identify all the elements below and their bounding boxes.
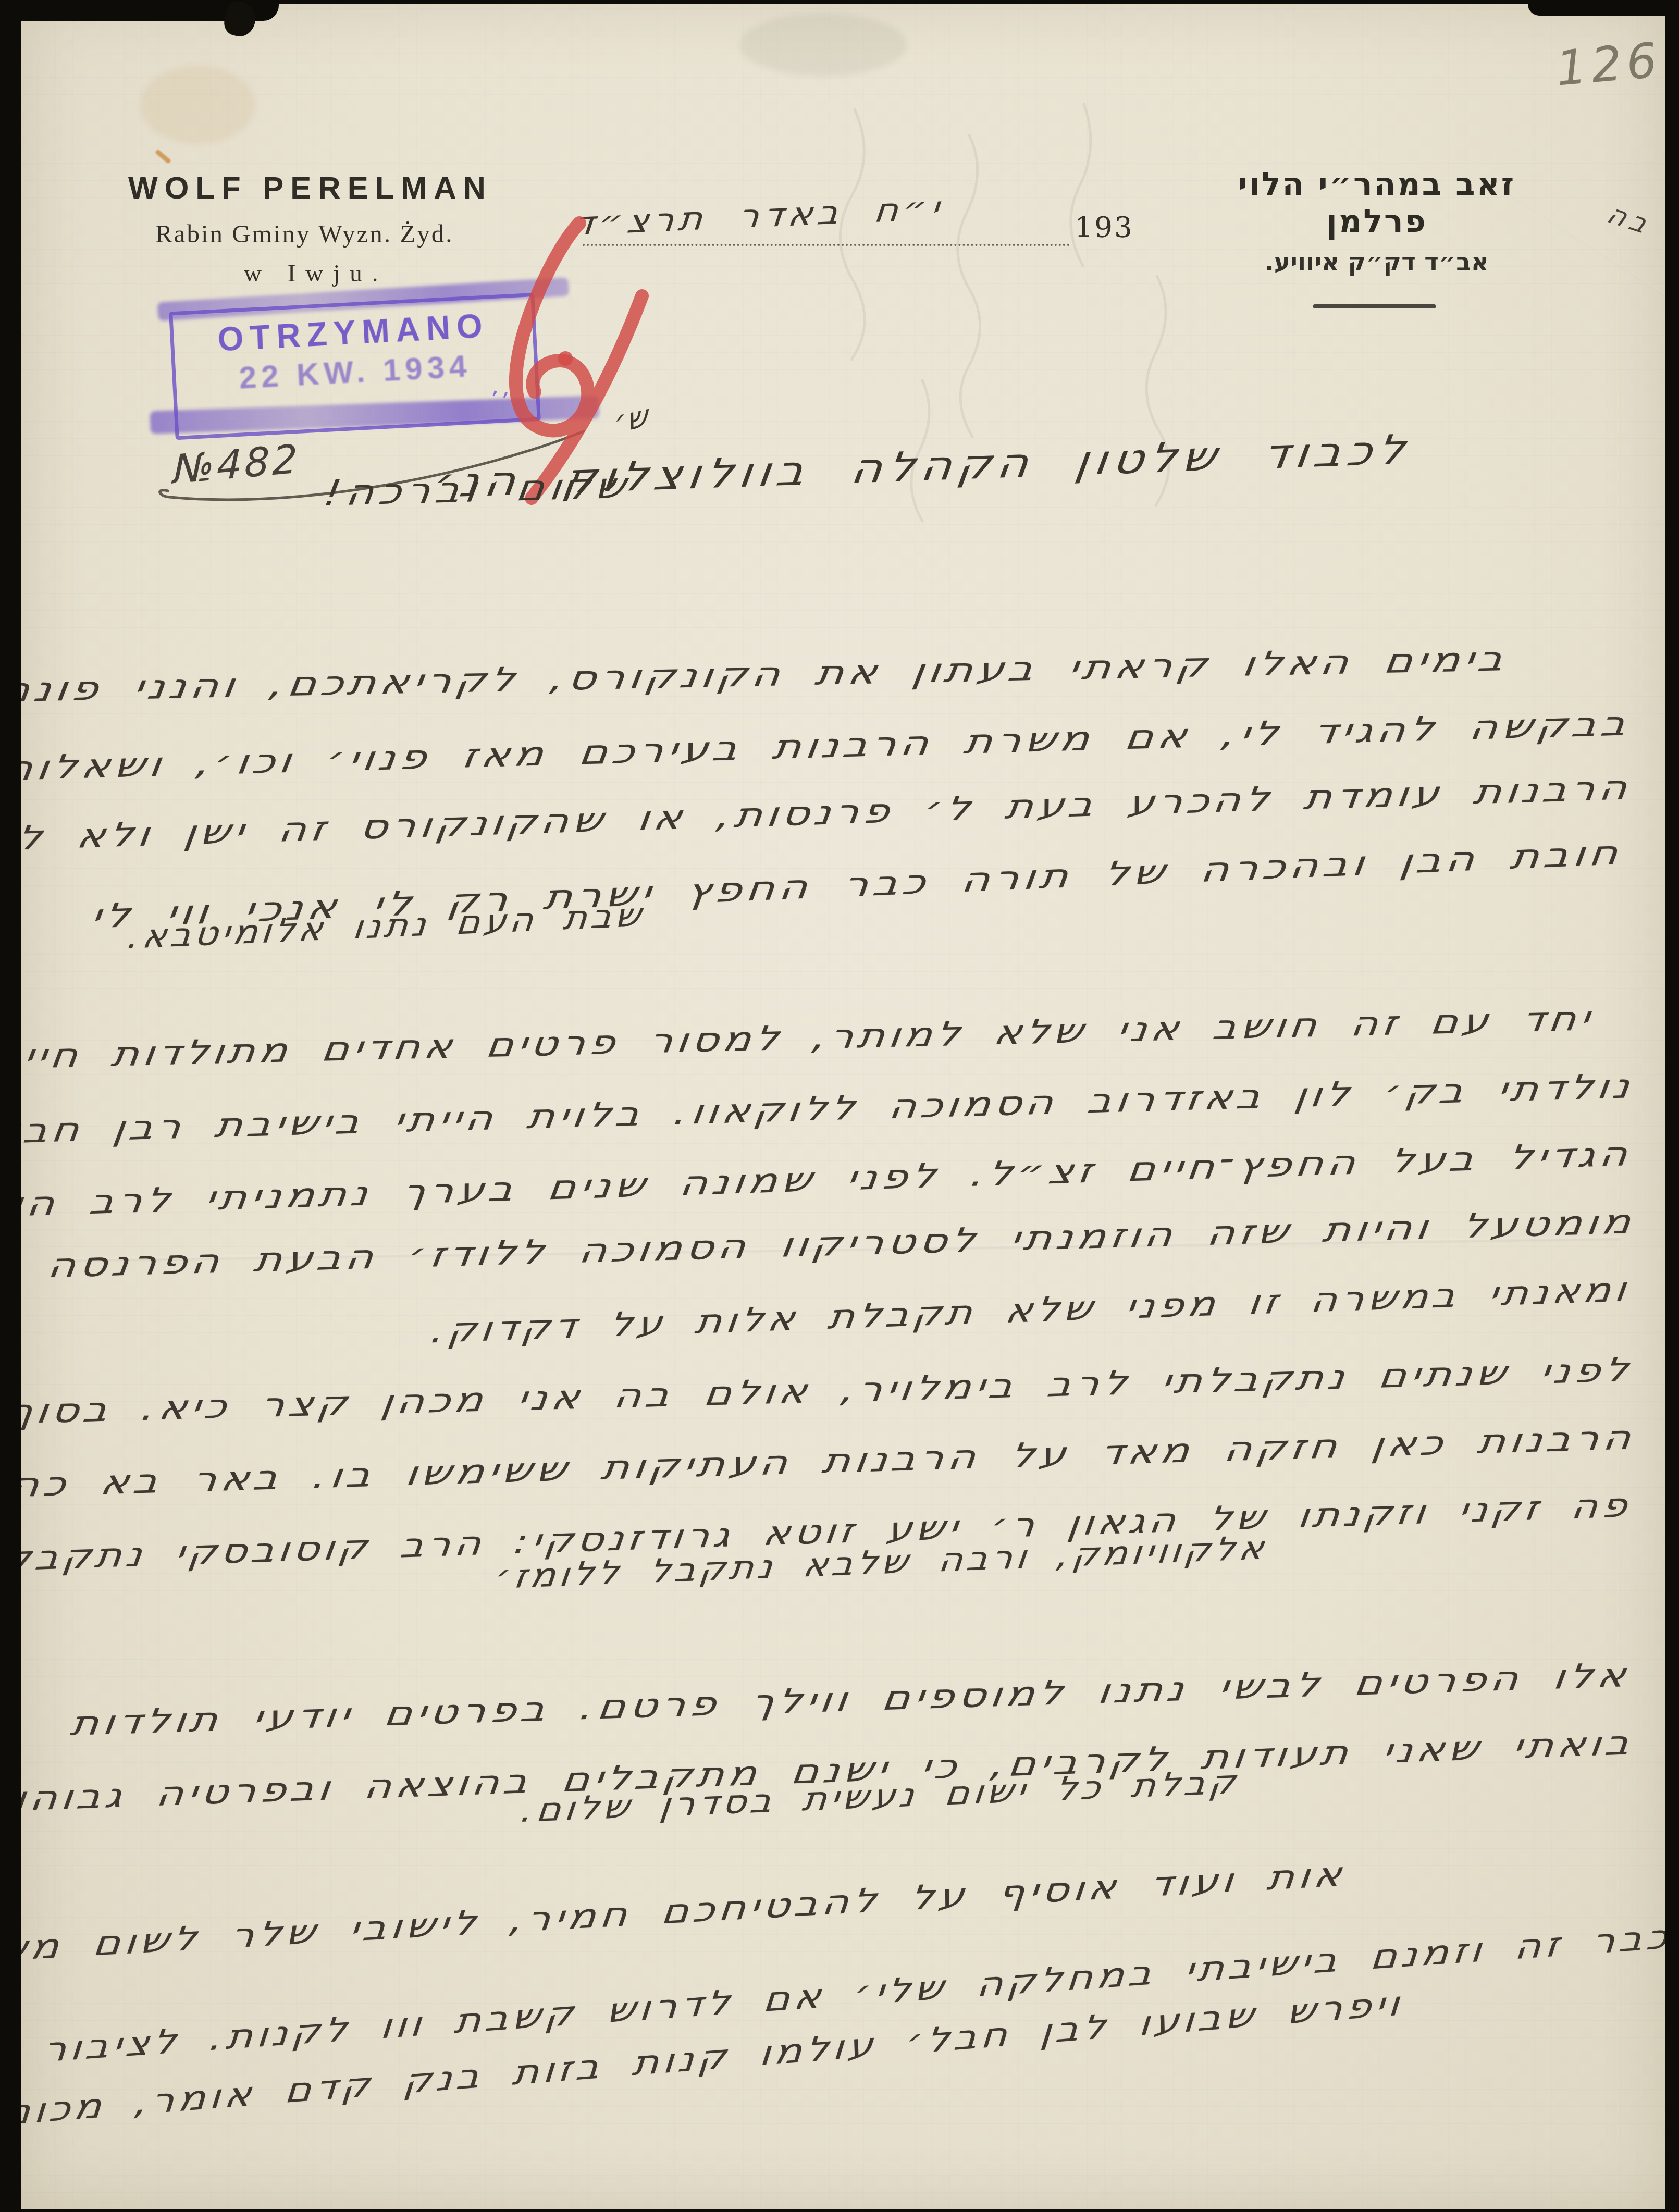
scan-edge-left xyxy=(0,0,21,2212)
paper-stain xyxy=(740,14,907,76)
scan-edge-top-right xyxy=(1528,0,1679,16)
bleedthrough-marks xyxy=(792,89,1251,599)
letterhead-hebrew-name: זאב במהר״י הלוי פרלמן xyxy=(1194,166,1559,240)
paper-stain xyxy=(141,66,255,144)
pencil-page-number: 126 xyxy=(1554,32,1664,96)
letterhead-hebrew-role: אב״ד דק״ק איוויע. xyxy=(1194,248,1559,277)
printed-year: 193 xyxy=(1075,211,1134,244)
scan-edge-right xyxy=(1665,0,1679,2212)
ink-note-mark: ש׳ xyxy=(613,398,649,440)
letterhead-city: w Iwju. xyxy=(244,259,388,288)
scanned-letter-page: WOLF PERELMAN Rabin Gminy Wyzn. Żyd. w I… xyxy=(0,0,1679,2212)
greeting-line: שלום וברכה! xyxy=(321,465,634,514)
scan-edge-bottom xyxy=(0,2209,1679,2212)
letterhead-title: Rabin Gminy Wyzn. Żyd. xyxy=(155,219,454,249)
letterhead-rule xyxy=(1313,304,1436,308)
letterhead-name: WOLF PERELMAN xyxy=(128,170,492,206)
letterhead-hebrew: זאב במהר״י הלוי פרלמן אב״ד דק״ק איוויע. xyxy=(1194,166,1559,277)
